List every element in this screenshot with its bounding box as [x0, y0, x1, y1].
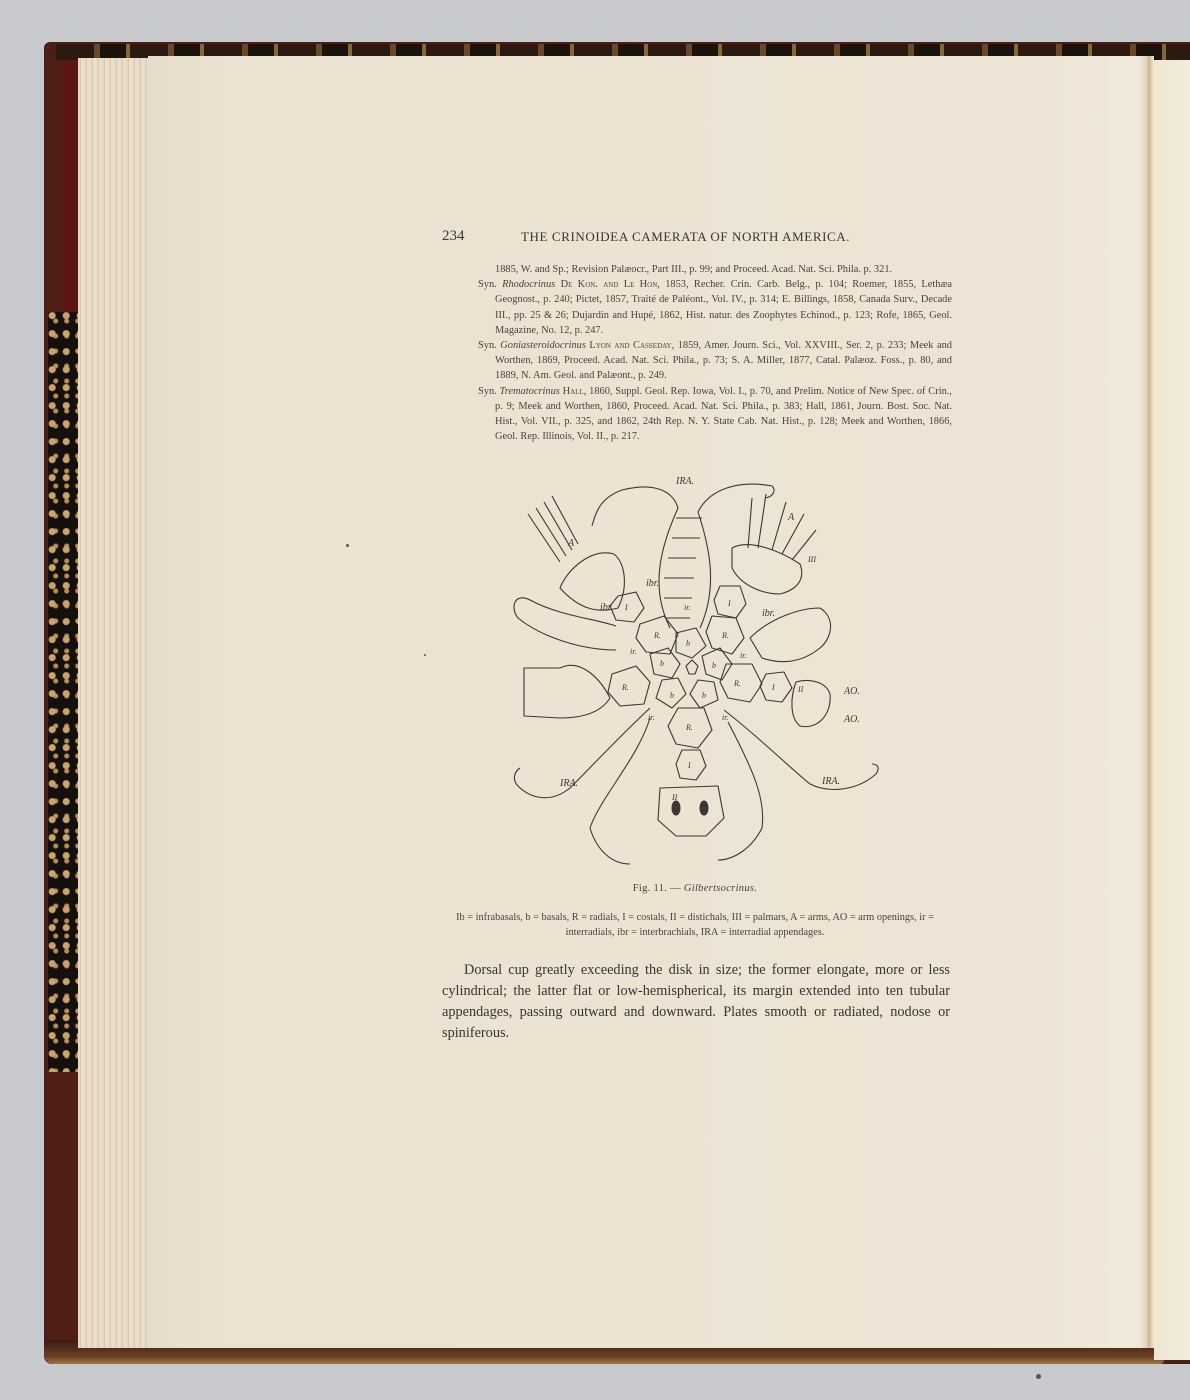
spine-leather-corner — [62, 60, 78, 312]
paper-speck — [346, 544, 349, 547]
label-ira-right: IRA. — [821, 776, 840, 787]
reference-genus: Rhodocrinus — [502, 279, 555, 290]
label-radial: R. — [653, 631, 661, 640]
label-a-right: A — [787, 512, 795, 523]
label-basal: b — [670, 691, 674, 700]
label-ao-1: AO. — [843, 686, 860, 697]
facing-page-edge — [1154, 60, 1190, 1360]
reference-author: Lyon and Casseday — [589, 340, 671, 351]
running-head: 234 THE CRINOIDEA CAMERATA OF NORTH AMER… — [442, 228, 952, 248]
label-costal: I — [727, 599, 731, 608]
synonymy-references: 1885, W. and Sp.; Revision Palæocr., Par… — [478, 262, 952, 444]
reference-entry: 1885, W. and Sp.; Revision Palæocr., Par… — [478, 262, 952, 277]
reference-entry: Syn. Trematocrinus Hall, 1860, Suppl. Ge… — [478, 384, 952, 445]
marbled-board — [48, 312, 78, 1072]
figure-legend: Ib = infrabasals, b = basals, R = radial… — [440, 910, 950, 940]
reference-genus: Goniasteroidocrinus — [500, 340, 586, 351]
reference-prefix: Syn. — [478, 340, 497, 351]
label-basal: b — [712, 661, 716, 670]
label-radial: R. — [685, 723, 693, 732]
label-distichal: II — [671, 793, 678, 802]
label-ira-left: IRA. — [559, 778, 578, 789]
label-radial: R. — [733, 679, 741, 688]
label-ibr-1: ibr. — [646, 578, 659, 589]
label-interradial: ir. — [684, 603, 690, 612]
reference-entry: Syn. Rhodocrinus De Kon. and Le Hon, 185… — [478, 277, 952, 338]
label-radial: R. — [621, 683, 629, 692]
label-ibr-2: ibr. — [600, 602, 613, 613]
label-basal: b — [702, 691, 706, 700]
reference-author: Hall — [563, 386, 584, 397]
body-paragraph: Dorsal cup greatly exceeding the disk in… — [442, 960, 950, 1044]
body-text: Dorsal cup greatly exceeding the disk in… — [442, 960, 950, 1044]
label-distichal: II — [797, 685, 804, 694]
label-interradial: ir. — [648, 713, 654, 722]
label-costal: I — [687, 761, 691, 770]
page-number: 234 — [442, 228, 465, 245]
page-gutter — [1140, 56, 1154, 1348]
label-palmar: III — [807, 555, 816, 564]
figure-number: Fig. 11. — — [633, 883, 681, 894]
label-interradial: ir. — [722, 713, 728, 722]
figure-title: Gilbertsocrinus. — [684, 883, 757, 894]
label-costal: I — [771, 683, 775, 692]
reference-entry: Syn. Goniasteroidocrinus Lyon and Cassed… — [478, 338, 952, 384]
paper-speck — [424, 654, 426, 656]
label-costal: I — [624, 603, 628, 612]
crinoid-diagram: IRA. IRA. IRA. A A ibr. ibr. ibr. AO. AO… — [500, 468, 890, 878]
reference-text: 1885, W. and Sp.; Revision Palæocr., Par… — [495, 264, 892, 275]
label-interradial: ir. — [740, 651, 746, 660]
reference-prefix: Syn. — [478, 279, 497, 290]
label-ibr-3: ibr. — [762, 608, 775, 619]
label-basal: b — [686, 639, 690, 648]
reference-prefix: Syn. — [478, 386, 497, 397]
label-basal: b — [660, 659, 664, 668]
reference-author: De Kon. and Le Hon — [561, 279, 658, 290]
label-ira-top: IRA. — [675, 476, 694, 487]
label-a-left: A — [567, 538, 575, 549]
label-radial: R. — [721, 631, 729, 640]
page-stack-edge — [78, 58, 158, 1348]
label-ao-2: AO. — [843, 714, 860, 725]
figure-caption: Fig. 11. — Gilbertsocrinus. — [440, 883, 950, 894]
paper-speck — [1036, 1374, 1041, 1379]
reference-genus: Trematocrinus — [500, 386, 560, 397]
label-interradial: ir. — [630, 647, 636, 656]
running-title: THE CRINOIDEA CAMERATA OF NORTH AMERICA. — [521, 229, 850, 245]
